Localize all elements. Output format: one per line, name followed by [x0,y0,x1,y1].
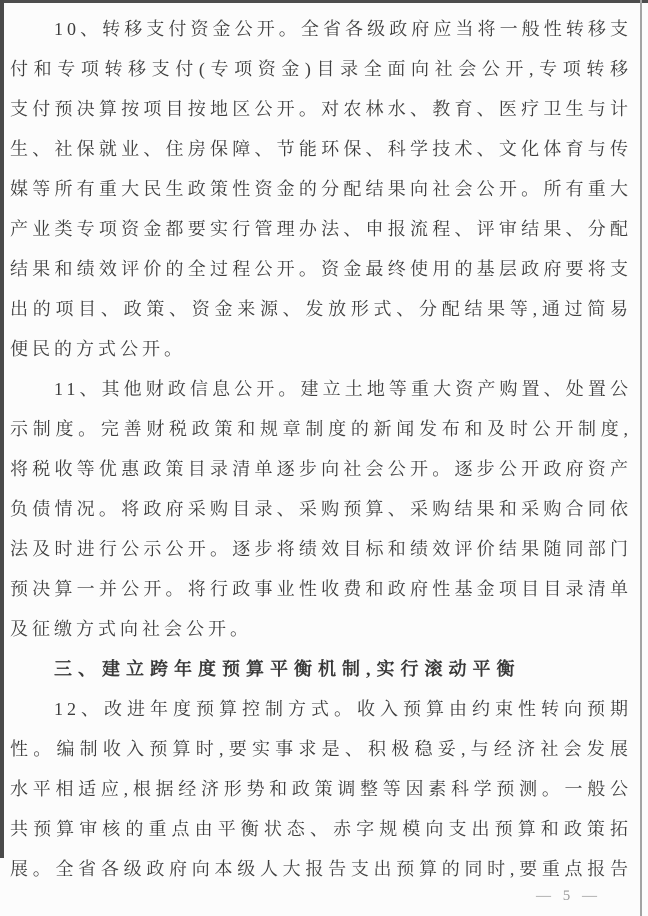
paragraph-line: 性。编制收入预算时,要实事求是、积极稳妥,与经济社会发展 [10,729,632,769]
paragraph-line: 生、社保就业、住房保障、节能环保、科学技术、文化体育与传 [10,129,632,169]
scan-edge-top [0,0,648,3]
paragraph-line: 产业类专项资金都要实行管理办法、申报流程、评审结果、分配 [10,209,632,249]
paragraph-line: 共预算审核的重点由平衡状态、赤字规模向支出预算和政策拓 [10,809,632,849]
paragraph-line: 出的项目、政策、资金来源、发放形式、分配结果等,通过简易 [10,289,632,329]
scan-edge-left [0,0,4,858]
section-heading: 三、建立跨年度预算平衡机制,实行滚动平衡 [10,649,632,689]
paragraph-line: 预决算一并公开。将行政事业性收费和政府性基金项目目录清单 [10,569,632,609]
paragraph-line: 展。全省各级政府向本级人大报告支出预算的同时,要重点报告 [10,849,632,889]
document-text-block: 10、转移支付资金公开。全省各级政府应当将一般性转移支 付和专项转移支付(专项资… [10,9,632,889]
paragraph-line: 负债情况。将政府采购目录、采购预算、采购结果和采购合同依 [10,489,632,529]
paragraph-line: 12、改进年度预算控制方式。收入预算由约束性转向预期 [10,689,632,729]
page-number: — 5 — [536,884,626,908]
scan-edge-right [640,0,642,916]
paragraph-line: 媒等所有重大民生政策性资金的分配结果向社会公开。所有重大 [10,169,632,209]
paragraph-line: 示制度。完善财税政策和规章制度的新闻发布和及时公开制度, [10,409,632,449]
paragraph-line: 便民的方式公开。 [10,329,632,369]
paragraph-line: 将税收等优惠政策目录清单逐步向社会公开。逐步公开政府资产 [10,449,632,489]
paragraph-line: 水平相适应,根据经济形势和政策调整等因素科学预测。一般公 [10,769,632,809]
paragraph-line: 结果和绩效评价的全过程公开。资金最终使用的基层政府要将支 [10,249,632,289]
paragraph-line: 10、转移支付资金公开。全省各级政府应当将一般性转移支 [10,9,632,49]
paragraph-line: 支付预决算按项目按地区公开。对农林水、教育、医疗卫生与计 [10,89,632,129]
paragraph-line: 及征缴方式向社会公开。 [10,609,632,649]
paragraph-line: 11、其他财政信息公开。建立土地等重大资产购置、处置公 [10,369,632,409]
paragraph-line: 付和专项转移支付(专项资金)目录全面向社会公开,专项转移 [10,49,632,89]
paragraph-line: 法及时进行公示公开。逐步将绩效目标和绩效评价结果随同部门 [10,529,632,569]
document-page: 10、转移支付资金公开。全省各级政府应当将一般性转移支 付和专项转移支付(专项资… [0,0,648,916]
